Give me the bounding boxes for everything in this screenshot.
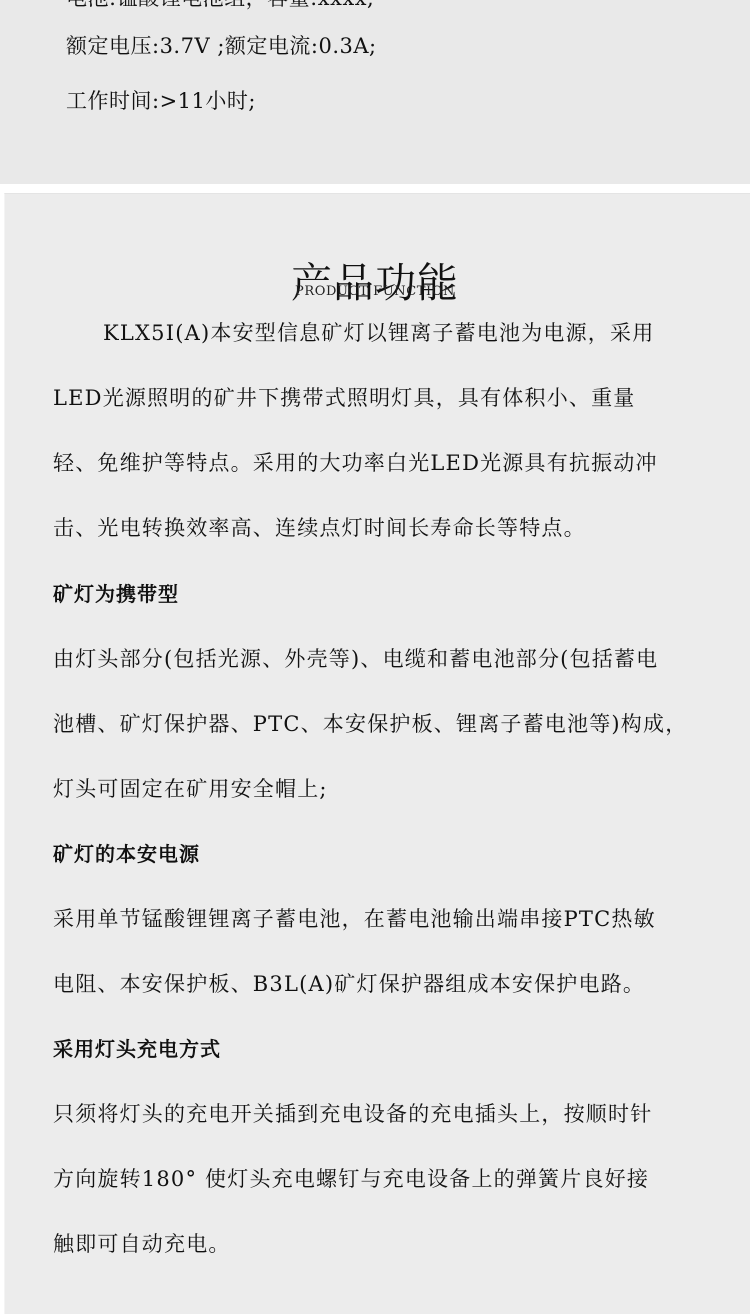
spec-line-working-time: 工作时间:>11小时;	[66, 88, 256, 114]
intro-line-1: KLX5I(A)本安型信息矿灯以锂离子蓄电池为电源，采用	[103, 320, 654, 346]
intrinsic-safety-line-1: 采用单节锰酸锂锂离子蓄电池，在蓄电池输出端串接PTC热敏	[53, 906, 656, 932]
intro-line-3: 轻、免维护等特点。采用的大功率白光LED光源具有抗振动冲	[53, 450, 658, 476]
head-charging-line-2: 方向旋转180° 使灯头充电螺钉与充电设备上的弹簧片良好接	[53, 1166, 649, 1192]
head-charging-line-3: 触即可自动充电。	[53, 1231, 231, 1257]
portable-type-line-2: 池槽、矿灯保护器、PTC、本安保护板、锂离子蓄电池等)构成，	[53, 711, 687, 737]
intro-line-4: 击、光电转换效率高、连续点灯时间长寿命长等特点。	[53, 515, 586, 541]
heading-head-charging: 采用灯头充电方式	[53, 1036, 221, 1062]
spec-panel: 电池:锰酸锂电池组，容量:xxxx; 额定电压:3.7V ;额定电流:0.3A;…	[0, 0, 750, 184]
section-subtitle: PRODUCT FUNCTION	[0, 284, 750, 300]
spec-line-battery: 电池:锰酸锂电池组，容量:xxxx;	[66, 0, 375, 11]
intrinsic-safety-line-2: 电阻、本安保护板、B3L(A)矿灯保护器组成本安保护电路。	[53, 971, 645, 997]
head-charging-line-1: 只须将灯头的充电开关插到充电设备的充电插头上，按顺时针	[53, 1101, 652, 1127]
portable-type-line-3: 灯头可固定在矿用安全帽上;	[53, 776, 328, 802]
portable-type-line-1: 由灯头部分(包括光源、外壳等)、电缆和蓄电池部分(包括蓄电	[53, 646, 658, 672]
spec-line-rated-voltage-current: 额定电压:3.7V ;额定电流:0.3A;	[66, 33, 377, 59]
heading-intrinsic-safety-power: 矿灯的本安电源	[53, 841, 200, 867]
product-function-panel	[4, 193, 750, 1314]
intro-line-2: LED光源照明的矿井下携带式照明灯具，具有体积小、重量	[53, 385, 636, 411]
heading-portable-type: 矿灯为携带型	[53, 581, 179, 607]
